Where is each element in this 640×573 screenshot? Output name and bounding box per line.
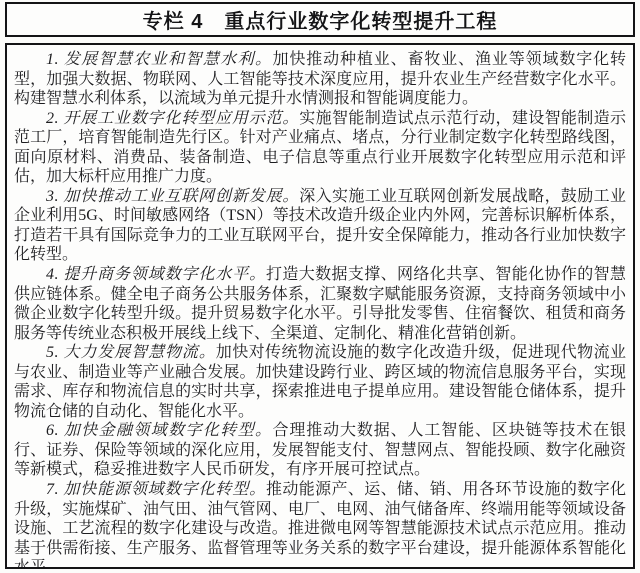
panel-title: 专栏 4 重点行业数字化转型提升工程 [143,5,498,34]
panel-content-box: 1. 发展智慧农业和智慧水利。加快推动种植业、畜牧业、渔业等领域数字化转型，加强… [5,43,635,569]
list-item-7: 7. 加快能源领域数字化转型。推动能源产、运、储、销、用各环节设施的数字化升级，… [14,480,626,569]
item-7-number: 7. [46,481,59,498]
list-item-1: 1. 发展智慧农业和智慧水利。加快推动种植业、畜牧业、渔业等领域数字化转型，加强… [14,50,626,109]
item-4-lead: 提升商务领域数字化水平。 [63,266,266,283]
item-1-lead: 发展智慧农业和智慧水利。 [64,51,273,68]
item-5-number: 5. [46,344,59,361]
list-item-5: 5. 大力发展智慧物流。加快对传统物流设施的数字化改造升级，促进现代物流业与农业… [14,343,626,421]
item-2-number: 2. [46,110,59,127]
item-7-lead: 加快能源领域数字化转型。 [63,481,266,498]
list-item-4: 4. 提升商务领域数字化水平。打造大数据支撑、网络化共享、智能化协作的智慧供应链… [14,265,626,343]
item-4-number: 4. [46,266,59,283]
panel-title-box: 专栏 4 重点行业数字化转型提升工程 [5,2,635,37]
item-6-number: 6. [46,422,59,439]
item-5-lead: 大力发展智慧物流。 [63,344,215,361]
item-6-lead: 加快金融领域数字化转型。 [64,422,273,439]
document-page: 专栏 4 重点行业数字化转型提升工程 1. 发展智慧农业和智慧水利。加快推动种植… [0,0,640,573]
item-3-lead: 加快推动工业互联网创新发展。 [63,188,299,205]
list-item-2: 2. 开展工业数字化转型应用示范。实施智能制造试点示范行动，建设智能制造示范工厂… [14,109,626,187]
item-3-number: 3. [46,188,59,205]
item-1-number: 1. [46,51,59,68]
item-2-lead: 开展工业数字化转型应用示范。 [63,110,299,127]
list-item-3: 3. 加快推动工业互联网创新发展。深入实施工业互联网创新发展战略，鼓励工业企业利… [14,187,626,265]
list-item-6: 6. 加快金融领域数字化转型。合理推动大数据、人工智能、区块链等技术在银行、证券… [14,421,626,480]
